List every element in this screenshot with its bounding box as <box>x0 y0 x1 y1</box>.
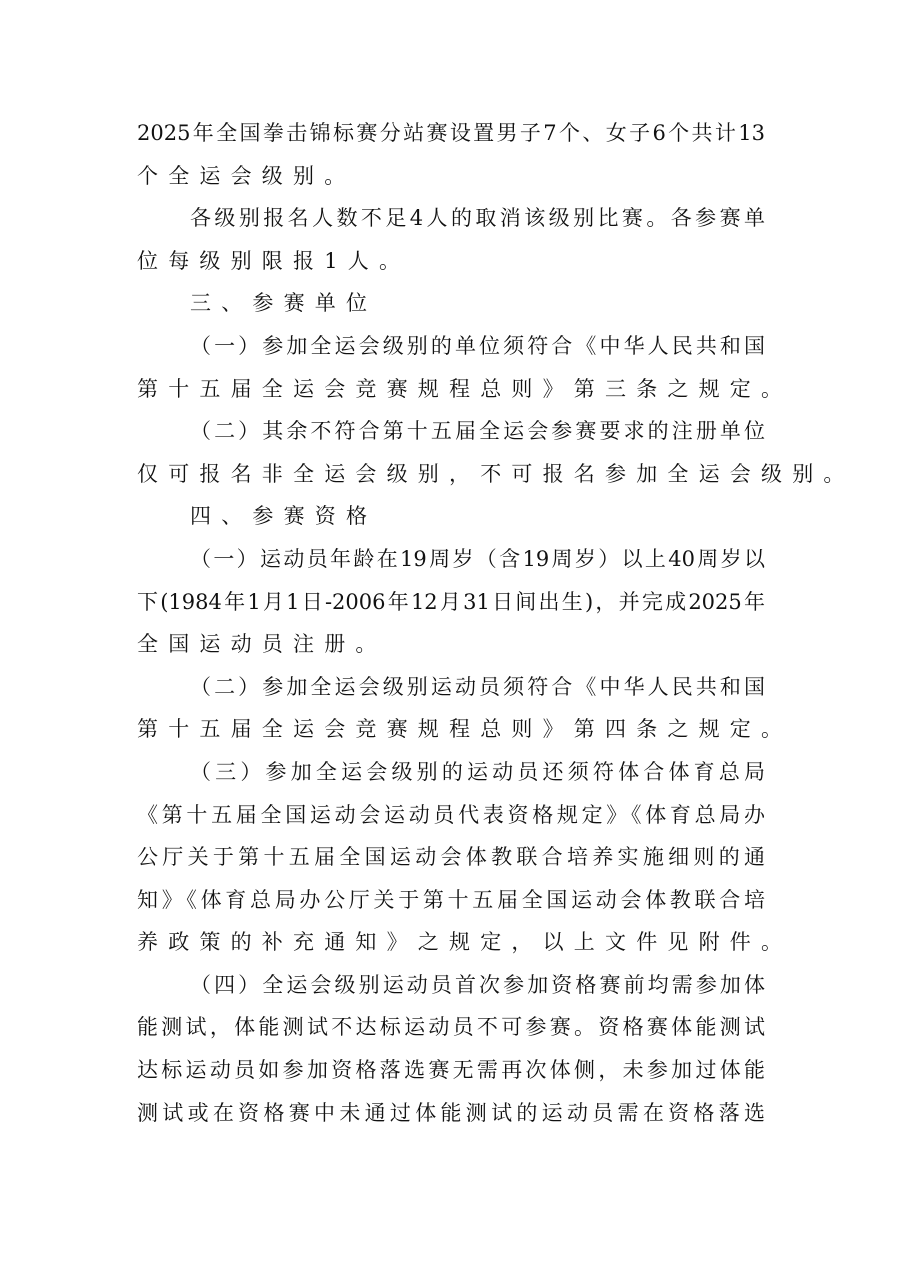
section-heading-text: 四、参赛资格 <box>137 495 765 538</box>
text-line: 《第十五届全国运动会运动员代表资格规定》《体育总局办 <box>137 794 765 837</box>
text-line: （一）参加全运会级别的单位须符合《中华人民共和国 <box>137 325 765 368</box>
paragraph-registration-limit: 各级别报名人数不足4人的取消该级别比赛。各参赛单 位每级别限报1人。 <box>137 197 765 282</box>
text-line: 第十五届全运会竞赛规程总则》第四条之规定。 <box>137 708 765 751</box>
text-line: 下(1984年1月1日-2006年12月31日间出生)，并完成2025年 <box>137 581 765 624</box>
section-heading-eligibility: 四、参赛资格 <box>137 495 765 538</box>
text-line: 养政策的补充通知》之规定，以上文件见附件。 <box>137 921 765 964</box>
text-line: 知》《体育总局办公厅关于第十五届全国运动会体教联合培 <box>137 879 765 922</box>
text-line: 达标运动员如参加资格落选赛无需再次体侧，未参加过体能 <box>137 1049 765 1092</box>
text-line: 全国运动员注册。 <box>137 623 765 666</box>
paragraph-section-4-item-1: （一）运动员年龄在19周岁（含19周岁）以上40周岁以 下(1984年1月1日-… <box>137 538 765 666</box>
paragraph-section-4-item-2: （二）参加全运会级别运动员须符合《中华人民共和国 第十五届全运会竞赛规程总则》第… <box>137 666 765 751</box>
text-line: （三）参加全运会级别的运动员还须符体合体育总局 <box>137 751 765 794</box>
text-line: （二）参加全运会级别运动员须符合《中华人民共和国 <box>137 666 765 709</box>
text-line: 各级别报名人数不足4人的取消该级别比赛。各参赛单 <box>137 197 765 240</box>
text-line: （二）其余不符合第十五届全运会参赛要求的注册单位 <box>137 410 765 453</box>
text-line: 个全运会级别。 <box>137 155 765 198</box>
paragraph-section-4-item-4: （四）全运会级别运动员首次参加资格赛前均需参加体 能测试，体能测试不达标运动员不… <box>137 964 765 1134</box>
section-heading-participating-units: 三、参赛单位 <box>137 282 765 325</box>
text-line: 测试或在资格赛中未通过体能测试的运动员需在资格落选 <box>137 1092 765 1135</box>
text-line: 位每级别限报1人。 <box>137 240 765 283</box>
text-line: （一）运动员年龄在19周岁（含19周岁）以上40周岁以 <box>137 538 765 581</box>
paragraph-section-3-item-1: （一）参加全运会级别的单位须符合《中华人民共和国 第十五届全运会竞赛规程总则》第… <box>137 325 765 410</box>
paragraph-section-3-item-2: （二）其余不符合第十五届全运会参赛要求的注册单位 仅可报名非全运会级别，不可报名… <box>137 410 765 495</box>
document-page: 2025年全国拳击锦标赛分站赛设置男子7个、女子6个共计13 个全运会级别。 各… <box>137 112 765 1134</box>
paragraph-section-4-item-3: （三）参加全运会级别的运动员还须符体合体育总局 《第十五届全国运动会运动员代表资… <box>137 751 765 964</box>
text-line: （四）全运会级别运动员首次参加资格赛前均需参加体 <box>137 964 765 1007</box>
text-line: 能测试，体能测试不达标运动员不可参赛。资格赛体能测试 <box>137 1006 765 1049</box>
section-heading-text: 三、参赛单位 <box>137 282 765 325</box>
text-line: 仅可报名非全运会级别，不可报名参加全运会级别。 <box>137 453 765 496</box>
paragraph-intro-weight-classes: 2025年全国拳击锦标赛分站赛设置男子7个、女子6个共计13 个全运会级别。 <box>137 112 765 197</box>
text-line: 2025年全国拳击锦标赛分站赛设置男子7个、女子6个共计13 <box>137 112 765 155</box>
text-line: 第十五届全运会竞赛规程总则》第三条之规定。 <box>137 368 765 411</box>
text-line: 公厅关于第十五届全国运动会体教联合培养实施细则的通 <box>137 836 765 879</box>
